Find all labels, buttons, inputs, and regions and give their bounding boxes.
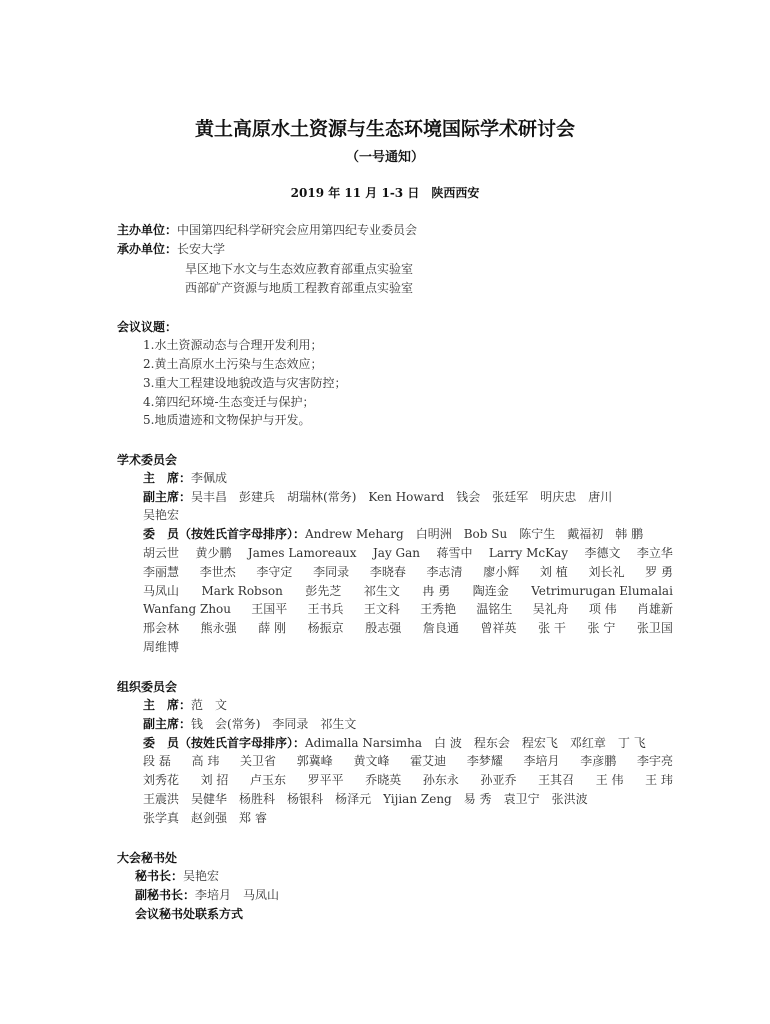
person-name: 杨振京 <box>308 619 344 637</box>
person-name: 曾祥英 <box>480 619 516 637</box>
person-name: 王 玮 <box>645 771 673 789</box>
academic-committee-heading: 学术委员会 <box>117 451 177 468</box>
person-name: 周维博 <box>143 638 179 656</box>
person-name: 廖小辉 <box>483 563 519 581</box>
academic-members-row: 邢会林熊永强薛 刚杨振京殷志强詹良通曾祥英张 干张 宁张卫国 <box>143 619 673 637</box>
person-name: 李培月 <box>524 752 560 770</box>
person-name: Larry McKay <box>489 544 568 562</box>
person-name: 程宏飞 <box>522 736 558 750</box>
person-name: 李世杰 <box>200 563 236 581</box>
person-name: 熊永强 <box>201 619 237 637</box>
person-name: 罗平平 <box>308 771 344 789</box>
person-name: 钱 会(常务) <box>191 717 260 731</box>
person-name: Wanfang Zhou <box>143 600 231 618</box>
person-name: Ken Howard <box>368 490 444 504</box>
person-name: 李志清 <box>427 563 463 581</box>
person-name: 陶连金 <box>473 582 509 600</box>
person-name: 王震洪 <box>143 792 179 806</box>
academic-members-row: 马凤山Mark Robson彭先芝祁生文冉 勇陶连金Vetrimurugan E… <box>143 582 673 600</box>
contact-heading: 会议秘书处联系方式 <box>135 905 243 923</box>
person-name: 杨胜科 <box>239 792 275 806</box>
co-host-3: 西部矿产资源与地质工程教育部重点实验室 <box>185 279 413 297</box>
person-name: 王其召 <box>538 771 574 789</box>
person-name: 彭先芝 <box>305 582 341 600</box>
person-name: 张卫国 <box>637 619 673 637</box>
person-name: 郑 睿 <box>239 811 267 825</box>
members-label: 委 员（按姓氏首字母排序）： <box>143 736 305 750</box>
person-name: 郭冀峰 <box>297 752 333 770</box>
vice-chair-label: 副主席： <box>143 490 191 504</box>
person-name: 袁卫宁 <box>504 792 540 806</box>
person-name: James Lamoreaux <box>248 544 357 562</box>
person-name: 李梦耀 <box>467 752 503 770</box>
host-line: 主办单位：中国第四纪科学研究会应用第四纪专业委员会 <box>117 221 417 239</box>
person-name: 钱会 <box>456 490 480 504</box>
person-name: 陈宁生 <box>519 527 555 541</box>
person-name: Mark Robson <box>202 582 283 600</box>
person-name: Yijian Zeng <box>383 792 452 806</box>
secretary-general-line: 秘书长：吴艳宏 <box>135 867 219 885</box>
person-name: 黄少鹏 <box>195 544 231 562</box>
organizing-chair-line: 主 席：范 文 <box>143 696 227 714</box>
chair-name: 范 文 <box>191 698 227 712</box>
organizing-members-row: 段 磊高 玮关卫省郭冀峰黄文峰霍艾迪李梦耀李培月李彦鹏李宇亮 <box>143 752 673 770</box>
person-name: 孙亚乔 <box>480 771 516 789</box>
person-name: 王文科 <box>364 600 400 618</box>
academic-members-row: 李丽慧李世杰李守定李同录李晓春李志清廖小辉刘 植刘长礼罗 勇 <box>143 563 673 581</box>
chair-label: 主 席： <box>143 698 191 712</box>
document-page: 黄土高原水土资源与生态环境国际学术研讨会 （一号通知） 2019 年 11 月 … <box>0 0 770 1024</box>
topic-item: 5.地质遗迹和文物保护与开发。 <box>143 411 310 429</box>
person-name: 詹良通 <box>423 619 459 637</box>
academic-members-row: 胡云世黄少鹏James LamoreauxJay Gan蒋雪中Larry McK… <box>143 544 673 562</box>
organizing-members-row: 刘秀花刘 招卢玉东罗平平乔晓英孙东永孙亚乔王其召王 伟王 玮 <box>143 771 673 789</box>
person-name: 李立华 <box>637 544 673 562</box>
person-name: Adimalla Narsimha <box>305 736 422 750</box>
vice-chair-label: 副主席： <box>143 717 191 731</box>
person-name: 刘秀花 <box>143 771 179 789</box>
person-name: 吴健华 <box>191 792 227 806</box>
topic-item: 3.重大工程建设地貌改造与灾害防控； <box>143 374 346 392</box>
person-name: 张 干 <box>538 619 566 637</box>
co-host-2: 旱区地下水文与生态效应教育部重点实验室 <box>185 260 413 278</box>
contact-heading-text: 会议秘书处联系方式 <box>135 907 243 921</box>
person-name: 丁 飞 <box>618 736 646 750</box>
topic-item: 4.第四纪环境-生态变迁与保护； <box>143 393 315 411</box>
person-name: 张廷军 <box>492 490 528 504</box>
person-name: 彭建兵 <box>239 490 275 504</box>
secretary-general-label: 秘书长： <box>135 869 183 883</box>
person-name: Vetrimurugan Elumalai <box>531 582 673 600</box>
page-subtitle: （一号通知） <box>0 146 770 165</box>
academic-members-row: Wanfang Zhou王国平王书兵王文科王秀艳温铭生吴礼舟项 伟肖雄新 <box>143 600 673 618</box>
person-name: 刘长礼 <box>588 563 624 581</box>
person-name: 王国平 <box>251 600 287 618</box>
person-name: 程东会 <box>474 736 510 750</box>
person-name: 易 秀 <box>464 792 492 806</box>
person-name: 明庆忠 <box>540 490 576 504</box>
person-name: 李彦鹏 <box>580 752 616 770</box>
person-name: 罗 勇 <box>645 563 673 581</box>
person-name: 吴艳宏 <box>143 506 179 524</box>
co-host-label: 承办单位： <box>117 242 177 256</box>
deputy-secretary-names: 李培月 马凤山 <box>195 888 279 902</box>
chair-label: 主 席： <box>143 471 191 485</box>
person-name: 祁生文 <box>364 582 400 600</box>
person-name: 王秀艳 <box>420 600 456 618</box>
person-name: 韩 鹏 <box>615 527 643 541</box>
topic-item: 2.黄土高原水土污染与生态效应； <box>143 355 322 373</box>
person-name: 张学真 <box>143 811 179 825</box>
person-name: 戴福初 <box>567 527 603 541</box>
page-title: 黄土高原水土资源与生态环境国际学术研讨会 <box>0 114 770 141</box>
person-name: 冉 勇 <box>422 582 450 600</box>
person-name: 蒋雪中 <box>436 544 472 562</box>
topic-item: 1.水土资源动态与合理开发利用； <box>143 336 322 354</box>
person-name: 肖雄新 <box>637 600 673 618</box>
person-name: 卢玉东 <box>250 771 286 789</box>
person-name: 刘 招 <box>201 771 229 789</box>
person-name: 吴礼舟 <box>533 600 569 618</box>
person-name: 关卫省 <box>240 752 276 770</box>
person-name: 胡瑞林(常务) <box>287 490 356 504</box>
person-name: 霍艾迪 <box>410 752 446 770</box>
person-name: 乔晓英 <box>365 771 401 789</box>
person-name: 段 磊 <box>143 752 171 770</box>
person-name: 邓红章 <box>570 736 606 750</box>
secretariat-heading: 大会秘书处 <box>117 849 177 866</box>
person-name: 薛 刚 <box>258 619 286 637</box>
person-name: 项 伟 <box>589 600 617 618</box>
organizing-committee-heading: 组织委员会 <box>117 678 177 695</box>
person-name: 黄文峰 <box>353 752 389 770</box>
person-name: 胡云世 <box>143 544 179 562</box>
person-name: 王书兵 <box>308 600 344 618</box>
host-value: 中国第四纪科学研究会应用第四纪专业委员会 <box>177 223 417 237</box>
organizing-members-row: 王震洪吴健华杨胜科杨银科杨泽元Yijian Zeng易 秀袁卫宁张洪波 <box>143 790 588 808</box>
organizing-members-row: 张学真赵剑强郑 睿 <box>143 809 267 827</box>
person-name: 李晓春 <box>370 563 406 581</box>
co-host-value: 长安大学 <box>177 242 225 256</box>
person-name: 高 玮 <box>192 752 220 770</box>
person-name: 李丽慧 <box>143 563 179 581</box>
academic-vice-chairs: 副主席：吴丰昌彭建兵胡瑞林(常务)Ken Howard钱会张廷军明庆忠唐川 <box>143 488 612 506</box>
person-name: 李德文 <box>584 544 620 562</box>
topics-heading: 会议议题： <box>117 318 177 335</box>
person-name: 李同录 <box>272 717 308 731</box>
members-label: 委 员（按姓氏首字母排序）： <box>143 527 305 541</box>
person-name: 李同录 <box>313 563 349 581</box>
person-name: 吴丰昌 <box>191 490 227 504</box>
deputy-secretary-label: 副秘书长： <box>135 888 195 902</box>
person-name: 杨银科 <box>287 792 323 806</box>
person-name: 白明洲 <box>416 527 452 541</box>
organizing-members-row: 委 员（按姓氏首字母排序）：Adimalla Narsimha白 波程东会程宏飞… <box>143 734 646 752</box>
academic-chair-line: 主 席：李佩成 <box>143 469 227 487</box>
person-name: 张 宁 <box>588 619 616 637</box>
person-name: 李宇亮 <box>637 752 673 770</box>
date-location: 2019 年 11 月 1-3 日 陕西西安 <box>0 184 770 201</box>
person-name: 马凤山 <box>143 582 179 600</box>
person-name: 殷志强 <box>365 619 401 637</box>
person-name: Bob Su <box>464 527 508 541</box>
person-name: 张洪波 <box>552 792 588 806</box>
person-name: 孙东永 <box>423 771 459 789</box>
host-label: 主办单位： <box>117 223 177 237</box>
person-name: 杨泽元 <box>335 792 371 806</box>
person-name: 唐川 <box>588 490 612 504</box>
person-name: 李守定 <box>256 563 292 581</box>
person-name: 刘 植 <box>540 563 568 581</box>
deputy-secretary-line: 副秘书长：李培月 马凤山 <box>135 886 279 904</box>
academic-members-row: 委 员（按姓氏首字母排序）：Andrew Meharg白明洲Bob Su陈宁生戴… <box>143 525 643 543</box>
chair-name: 李佩成 <box>191 471 227 485</box>
person-name: 王 伟 <box>596 771 624 789</box>
organizing-vice-chairs: 副主席：钱 会(常务)李同录祁生文 <box>143 715 356 733</box>
person-name: 邢会林 <box>143 619 179 637</box>
person-name: 祁生文 <box>320 717 356 731</box>
person-name: Andrew Meharg <box>305 527 404 541</box>
person-name: 白 波 <box>434 736 462 750</box>
person-name: 温铭生 <box>476 600 512 618</box>
person-name: 赵剑强 <box>191 811 227 825</box>
person-name: Jay Gan <box>373 544 420 562</box>
secretary-general-name: 吴艳宏 <box>183 869 219 883</box>
co-host-line: 承办单位：长安大学 <box>117 240 225 258</box>
